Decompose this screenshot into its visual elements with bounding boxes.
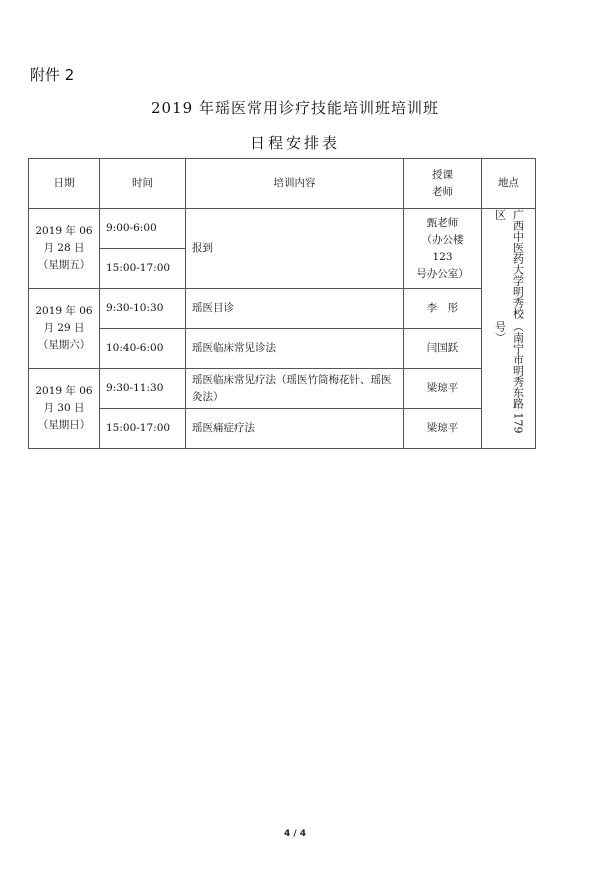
- teacher-cell: 梁琼平: [404, 409, 482, 449]
- table-row: 15:00-17:00 瑶医痛症疗法 梁琼平: [29, 409, 536, 449]
- teacher-note: （办公楼 123: [410, 232, 475, 266]
- location-address: （南宁市明秀东路 179 号）: [491, 321, 527, 448]
- teacher-name: 甄老师: [410, 215, 475, 232]
- header-time: 时间: [100, 159, 186, 209]
- time-cell: 9:30-11:30: [100, 369, 186, 409]
- table-row: 2019 年 06 月 30 日 （星期日） 9:30-11:30 瑶医临床常见…: [29, 369, 536, 409]
- header-teacher-line1: 授课: [410, 167, 475, 184]
- time-cell: 15:00-17:00: [100, 249, 186, 289]
- header-content: 培训内容: [186, 159, 404, 209]
- content-cell: 报到: [186, 209, 404, 289]
- attachment-label: 附件 2: [30, 64, 74, 85]
- document-subtitle: 日程安排表: [0, 132, 590, 153]
- table-row: 10:40-6:00 瑶医临床常见诊法 闫国跃: [29, 329, 536, 369]
- time-cell: 10:40-6:00: [100, 329, 186, 369]
- date-cell: 2019 年 06 月 30 日 （星期日）: [29, 369, 100, 449]
- date-line: 2019 年 06: [35, 223, 93, 240]
- teacher-cell: 李 彤: [404, 289, 482, 329]
- document-title: 2019 年瑶医常用诊疗技能培训班培训班: [0, 97, 590, 118]
- location-name: 广西中医药大学明秀校区: [491, 209, 527, 321]
- content-cell: 瑶医痛症疗法: [186, 409, 404, 449]
- location-cell: 广西中医药大学明秀校区 （南宁市明秀东路 179 号）: [482, 209, 536, 449]
- date-line: 2019 年 06: [35, 383, 93, 400]
- header-location: 地点: [482, 159, 536, 209]
- teacher-cell: 梁琼平: [404, 369, 482, 409]
- date-line: 月 28 日: [35, 240, 93, 257]
- time-cell: 9:30-10:30: [100, 289, 186, 329]
- header-date: 日期: [29, 159, 100, 209]
- page-number: 4 / 4: [0, 829, 590, 839]
- header-teacher-line2: 老师: [410, 184, 475, 201]
- content-cell: 瑶医临床常见诊法: [186, 329, 404, 369]
- date-cell: 2019 年 06 月 28 日 （星期五）: [29, 209, 100, 289]
- time-cell: 9:00-6:00: [100, 209, 186, 249]
- table-header-row: 日期 时间 培训内容 授课 老师 地点: [29, 159, 536, 209]
- date-line: 月 29 日: [35, 320, 93, 337]
- date-line: 2019 年 06: [35, 303, 93, 320]
- header-teacher: 授课 老师: [404, 159, 482, 209]
- date-cell: 2019 年 06 月 29 日 （星期六）: [29, 289, 100, 369]
- teacher-note: 号办公室）: [410, 266, 475, 283]
- teacher-cell: 闫国跃: [404, 329, 482, 369]
- schedule-table: 日期 时间 培训内容 授课 老师 地点 2019 年 06 月 28 日 （星期…: [28, 158, 536, 449]
- time-cell: 15:00-17:00: [100, 409, 186, 449]
- weekday-line: （星期六）: [35, 337, 93, 354]
- teacher-cell: 甄老师 （办公楼 123 号办公室）: [404, 209, 482, 289]
- date-line: 月 30 日: [35, 400, 93, 417]
- weekday-line: （星期五）: [35, 257, 93, 274]
- content-cell: 瑶医临床常见疗法（瑶医竹筒梅花针、瑶医灸法）: [186, 369, 404, 409]
- table-row: 2019 年 06 月 28 日 （星期五） 9:00-6:00 报到 甄老师 …: [29, 209, 536, 249]
- weekday-line: （星期日）: [35, 417, 93, 434]
- table-row: 2019 年 06 月 29 日 （星期六） 9:30-10:30 瑶医目诊 李…: [29, 289, 536, 329]
- content-cell: 瑶医目诊: [186, 289, 404, 329]
